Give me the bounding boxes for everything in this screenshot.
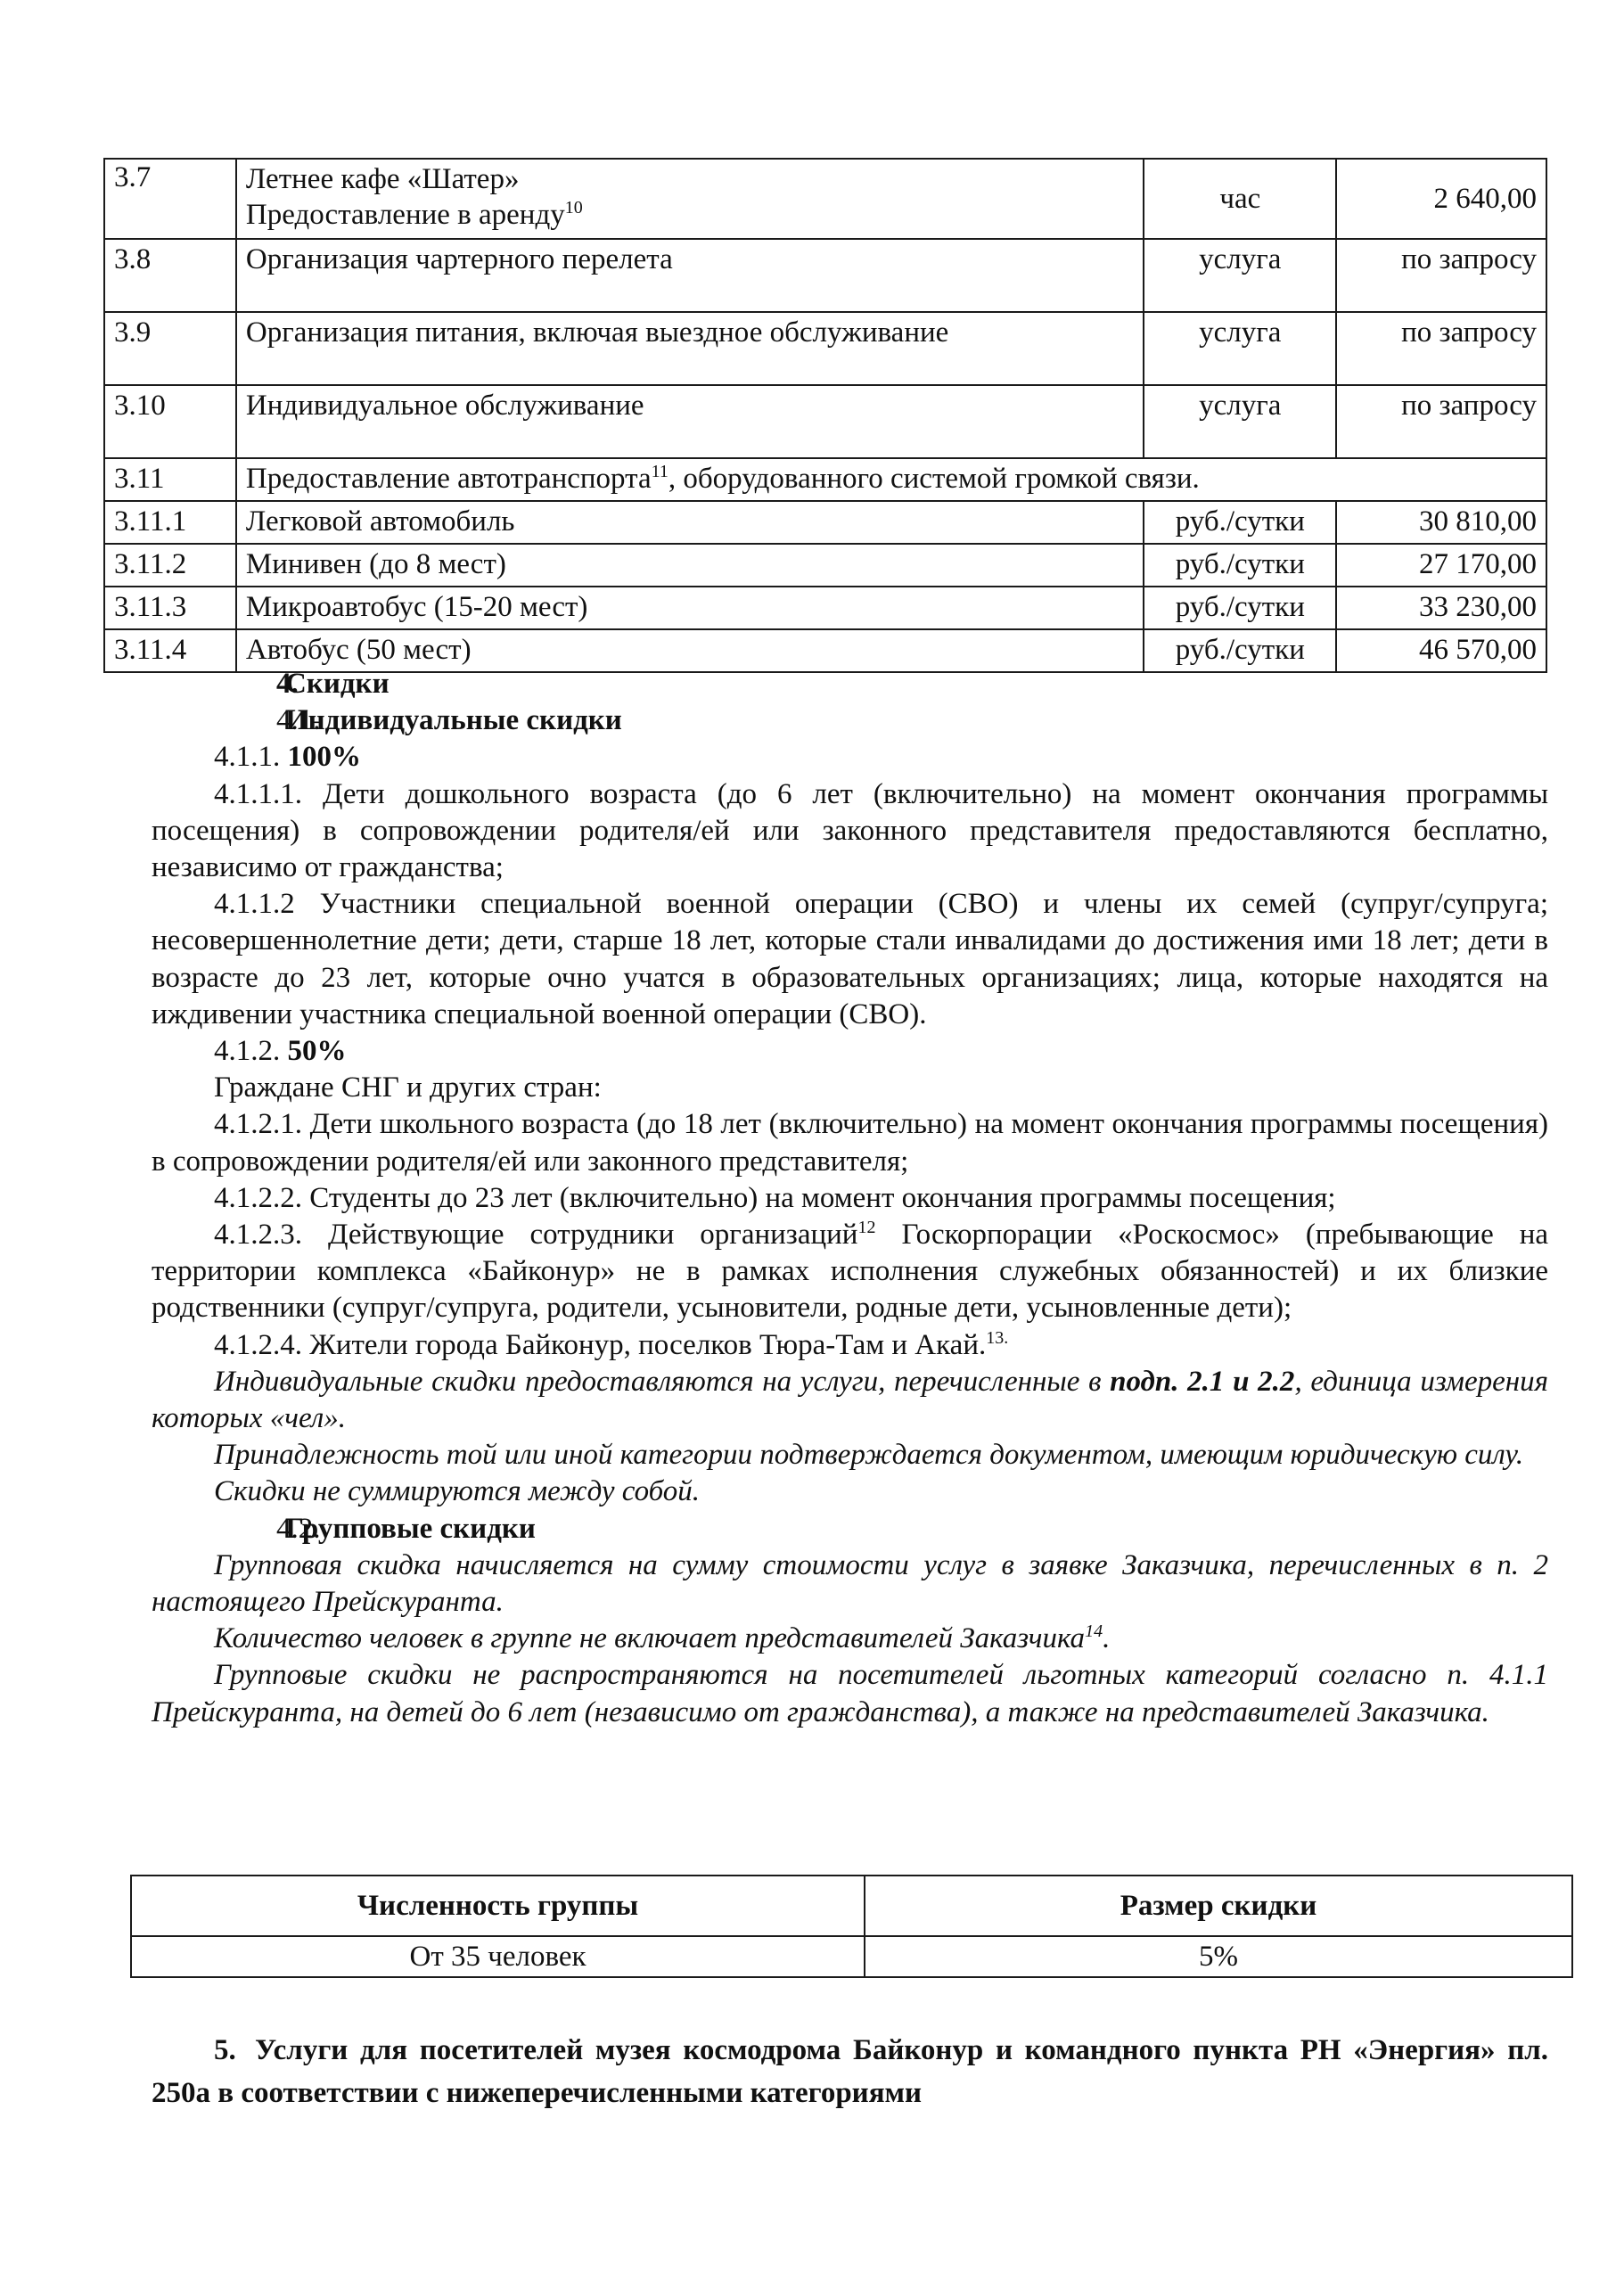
unit: руб./сутки <box>1144 587 1336 629</box>
row-number: 3.11.3 <box>104 587 236 629</box>
section-heading-4-1: 4.1.Индивидуальные скидки <box>152 702 1548 739</box>
table-row: 3.11.3 Микроавтобус (15-20 мест) руб./су… <box>104 587 1546 629</box>
price: 27 170,00 <box>1336 544 1546 587</box>
unit: руб./сутки <box>1144 544 1336 587</box>
row-number: 3.7 <box>104 159 236 239</box>
paragraph-4-1-1-1: 4.1.1.1. Дети дошкольного возраста (до 6… <box>152 776 1548 887</box>
note-category-proof: Принадлежность той или иной категории по… <box>152 1437 1548 1473</box>
table-row: 3.11.1 Легковой автомобиль руб./сутки 30… <box>104 501 1546 544</box>
heading-number: 5. <box>214 2029 255 2072</box>
row-number: 3.11.1 <box>104 501 236 544</box>
heading-title: Индивидуальные скидки <box>285 704 622 736</box>
service-name: Микроавтобус (15-20 мест) <box>236 587 1144 629</box>
paragraph-4-1-1-2: 4.1.1.2 Участники специальной военной оп… <box>152 886 1548 1033</box>
table-row: 3.8 Организация чартерного перелета услу… <box>104 239 1546 312</box>
footnote-ref: 12 <box>857 1218 875 1237</box>
column-header-group-size: Численность группы <box>131 1876 865 1936</box>
table-row: От 35 человек 5% <box>131 1936 1572 1977</box>
section-heading-5: 5.Услуги для посетителей музея космодром… <box>152 2029 1548 2114</box>
service-name: Организация чартерного перелета <box>236 239 1144 312</box>
price: 30 810,00 <box>1336 501 1546 544</box>
section-heading-4-2: 4.2.Групповые скидки <box>152 1511 1548 1547</box>
unit: услуга <box>1144 312 1336 385</box>
footnote-ref: 13. <box>986 1328 1008 1348</box>
group-size: От 35 человек <box>131 1936 865 1977</box>
heading-number: 4.1.2. <box>214 1035 280 1067</box>
price: по запросу <box>1336 385 1546 458</box>
discount-percent: 100% <box>288 741 362 773</box>
service-name: Летнее кафе «Шатер» Предоставление в аре… <box>236 159 1144 239</box>
paragraph-text: 4.1.2.4. Жители города Байконур, поселко… <box>214 1329 986 1361</box>
unit: руб./сутки <box>1144 501 1336 544</box>
table-row: 3.10 Индивидуальное обслуживание услуга … <box>104 385 1546 458</box>
note-text: Количество человек в группе не включает … <box>214 1622 1085 1654</box>
footnote-ref: 11 <box>652 462 668 481</box>
table-row: 3.11 Предоставление автотранспорта11, об… <box>104 458 1546 501</box>
service-name-text: Предоставление автотранспорта <box>246 463 652 495</box>
heading-number: 4.2. <box>214 1511 285 1547</box>
discount-percent: 50% <box>288 1035 347 1067</box>
heading-number: 4. <box>214 666 285 702</box>
paragraph-text: 4.1.2.3. Действующие сотрудники организа… <box>214 1219 857 1251</box>
note-no-summing: Скидки не суммируются между собой. <box>152 1473 1548 1510</box>
paragraph-4-1-2-2: 4.1.2.2. Студенты до 23 лет (включительн… <box>152 1180 1548 1217</box>
paragraph-4-1-2-3: 4.1.2.3. Действующие сотрудники организа… <box>152 1217 1548 1327</box>
row-number: 3.9 <box>104 312 236 385</box>
heading-number: 4.1.1. <box>214 741 280 773</box>
note-text: Индивидуальные скидки предоставляются на… <box>214 1366 1110 1398</box>
paragraph-cis: Граждане СНГ и других стран: <box>152 1070 1548 1106</box>
note-individual-discounts: Индивидуальные скидки предоставляются на… <box>152 1364 1548 1437</box>
table-row: 3.7 Летнее кафе «Шатер» Предоставление в… <box>104 159 1546 239</box>
price: по запросу <box>1336 239 1546 312</box>
heading-number: 4.1. <box>214 702 285 739</box>
service-name: Легковой автомобиль <box>236 501 1144 544</box>
discount-size: 5% <box>865 1936 1572 1977</box>
note-bold-text: подп. 2.1 и 2.2 <box>1110 1366 1294 1398</box>
section-heading-4: 4.Скидки <box>152 666 1548 702</box>
group-discount-table: Численность группы Размер скидки От 35 ч… <box>130 1875 1573 1978</box>
row-number: 3.11.2 <box>104 544 236 587</box>
service-name: Минивен (до 8 мест) <box>236 544 1144 587</box>
footnote-ref: 14 <box>1085 1621 1103 1641</box>
document-page: 3.7 Летнее кафе «Шатер» Предоставление в… <box>0 0 1624 2282</box>
price-table: 3.7 Летнее кафе «Шатер» Предоставление в… <box>103 158 1547 673</box>
table-row: 3.11.2 Минивен (до 8 мест) руб./сутки 27… <box>104 544 1546 587</box>
heading-title: Скидки <box>285 668 390 700</box>
price: 33 230,00 <box>1336 587 1546 629</box>
paragraph-4-1-2-1: 4.1.2.1. Дети школьного возраста (до 18 … <box>152 1106 1548 1179</box>
section-heading-4-1-2: 4.1.2. 50% <box>152 1033 1548 1070</box>
unit: услуга <box>1144 239 1336 312</box>
unit: услуга <box>1144 385 1336 458</box>
price: 2 640,00 <box>1336 159 1546 239</box>
service-name-line1: Летнее кафе «Шатер» <box>246 163 520 195</box>
section-heading-4-1-1: 4.1.1. 100% <box>152 739 1548 776</box>
row-number: 3.10 <box>104 385 236 458</box>
discounts-section: 4.Скидки 4.1.Индивидуальные скидки 4.1.1… <box>152 666 1548 1731</box>
table-row: 3.9 Организация питания, включая выездно… <box>104 312 1546 385</box>
row-number: 3.11 <box>104 458 236 501</box>
paragraph-4-1-2-4: 4.1.2.4. Жители города Байконур, поселко… <box>152 1327 1548 1364</box>
service-name: Предоставление автотранспорта11, оборудо… <box>236 458 1546 501</box>
price: по запросу <box>1336 312 1546 385</box>
footnote-ref: 10 <box>565 198 583 218</box>
service-name-text: , оборудованного системой громкой связи. <box>668 463 1200 495</box>
service-name: Организация питания, включая выездное об… <box>236 312 1144 385</box>
group-note-1: Групповая скидка начисляется на сумму ст… <box>152 1547 1548 1621</box>
heading-title: Услуги для посетителей музея космодрома … <box>152 2034 1548 2109</box>
group-note-2: Количество человек в группе не включает … <box>152 1621 1548 1657</box>
unit: час <box>1144 159 1336 239</box>
service-name-line2: Предоставление в аренду <box>246 199 565 231</box>
note-text: . <box>1103 1622 1110 1654</box>
table-header-row: Численность группы Размер скидки <box>131 1876 1572 1936</box>
group-note-3: Групповые скидки не распространяются на … <box>152 1657 1548 1730</box>
service-name: Индивидуальное обслуживание <box>236 385 1144 458</box>
column-header-discount: Размер скидки <box>865 1876 1572 1936</box>
row-number: 3.8 <box>104 239 236 312</box>
heading-title: Групповые скидки <box>285 1513 536 1545</box>
